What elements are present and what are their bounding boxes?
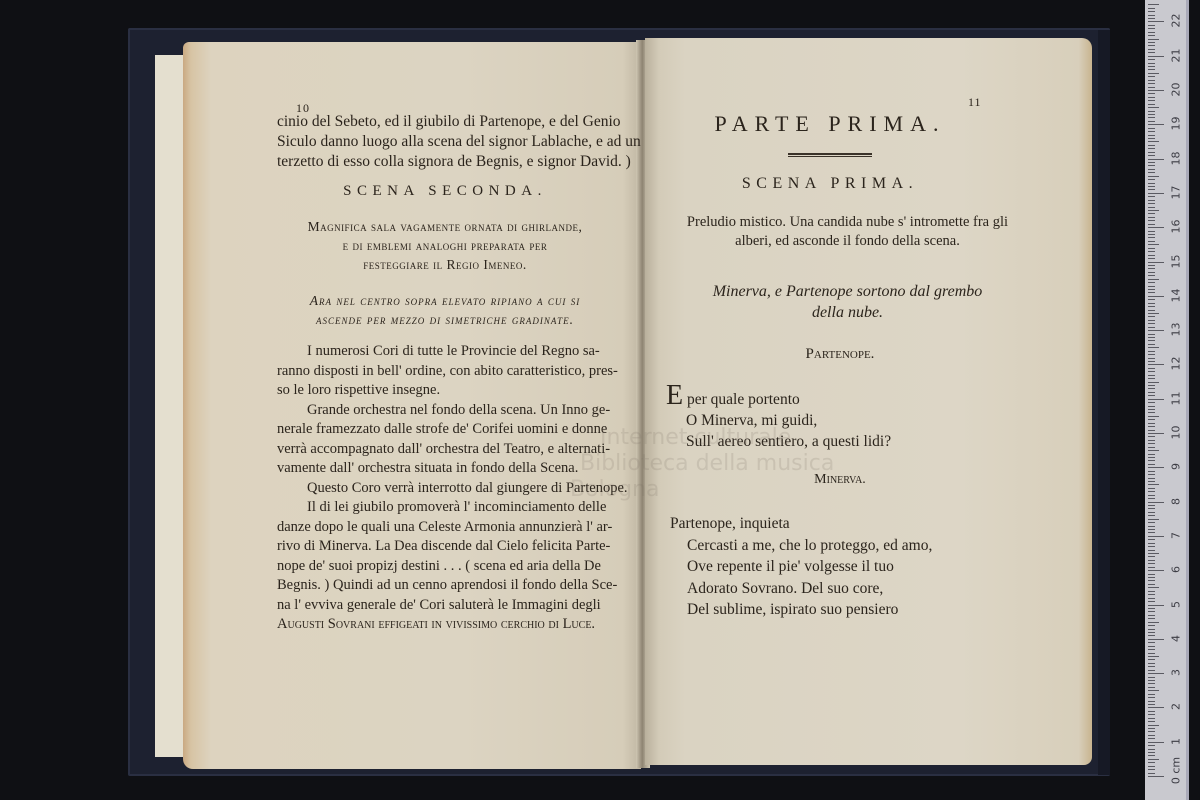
ruler-tick	[1148, 306, 1155, 307]
ruler-number: 21	[1170, 44, 1183, 66]
ruler-number: 5	[1170, 593, 1183, 615]
ruler-tick	[1148, 591, 1155, 592]
ruler-number: 17	[1170, 181, 1183, 203]
ruler-tick	[1148, 388, 1155, 389]
ruler-tick	[1148, 8, 1155, 9]
watermark-line: Biblioteca della musica	[560, 451, 780, 477]
ruler-tick	[1148, 320, 1155, 321]
ruler-tick	[1148, 193, 1164, 194]
ruler-tick	[1148, 454, 1155, 455]
ruler-tick	[1148, 210, 1159, 211]
ruler-tick	[1148, 244, 1159, 245]
ruler-tick	[1148, 282, 1155, 283]
stage-direction-line: Ara nel centro sopra elevato ripiano a c…	[272, 291, 618, 310]
body-line: danze dopo le quali una Celeste Armonia …	[277, 518, 613, 538]
ruler-tick	[1148, 430, 1155, 431]
ruler-tick	[1148, 97, 1155, 98]
ruler-tick	[1148, 742, 1164, 743]
ruler-tick	[1148, 100, 1155, 101]
ruler-tick	[1148, 289, 1155, 290]
ruler-tick	[1148, 755, 1155, 756]
entrance-direction: Minerva, e Partenope sortono dal grembo …	[670, 281, 1025, 323]
verse-line: Ove repente il pie' volgesse il tuo	[670, 556, 932, 578]
right-scene-title: SCENA PRIMA.	[680, 174, 980, 194]
ruler-tick	[1148, 611, 1155, 612]
body-line: ranno disposti in bell' ordine, con abit…	[277, 362, 613, 382]
ruler-tick	[1148, 364, 1164, 365]
ruler-number: 9	[1170, 456, 1183, 478]
ruler-tick	[1148, 694, 1155, 695]
ruler-number: 4	[1170, 627, 1183, 649]
watermark-line: Internet culturale	[560, 425, 780, 451]
verse-minerva: Partenope, inquieta Cercasti a me, che l…	[670, 513, 932, 621]
ruler-tick	[1148, 443, 1155, 444]
ruler-tick	[1148, 406, 1155, 407]
ruler-tick	[1148, 83, 1155, 84]
ruler-number: 16	[1170, 216, 1183, 238]
body-line: I numerosi Cori di tutte le Provincie de…	[277, 342, 613, 362]
ruler-tick	[1148, 646, 1155, 647]
ruler-tick	[1148, 93, 1155, 94]
ruler-tick	[1148, 725, 1159, 726]
ruler-tick	[1148, 392, 1155, 393]
ruler-tick	[1148, 186, 1155, 187]
ruler-tick	[1148, 474, 1155, 475]
ruler-tick	[1148, 90, 1164, 91]
ruler-tick	[1148, 543, 1155, 544]
ruler-tick	[1148, 213, 1155, 214]
ruler-tick	[1148, 673, 1164, 674]
ruler-tick	[1148, 745, 1155, 746]
ruler-tick	[1148, 683, 1155, 684]
ruler-tick	[1148, 200, 1155, 201]
ruler-tick	[1148, 176, 1159, 177]
ruler-tick	[1148, 629, 1155, 630]
ruler-tick	[1148, 677, 1155, 678]
body-line: rivo di Minerva. La Dea discende dal Cie…	[277, 537, 613, 557]
ruler-tick	[1148, 622, 1159, 623]
ruler-tick	[1148, 556, 1155, 557]
ruler-tick	[1148, 56, 1164, 57]
ruler-tick	[1148, 340, 1155, 341]
ruler-tick	[1148, 536, 1164, 537]
ruler-tick	[1148, 598, 1155, 599]
watermark-line: Bologna	[560, 477, 780, 503]
ruler-tick	[1148, 135, 1155, 136]
left-setting: Magnifica sala vagamente ornata di ghirl…	[272, 217, 618, 274]
ruler-tick	[1148, 337, 1155, 338]
ruler-number: 20	[1170, 79, 1183, 101]
ruler-tick	[1148, 632, 1155, 633]
ruler-tick	[1148, 69, 1155, 70]
ruler-tick	[1148, 155, 1155, 156]
ruler-tick	[1148, 759, 1159, 760]
ruler-tick	[1148, 546, 1155, 547]
ruler-tick	[1148, 447, 1155, 448]
ruler-tick	[1148, 344, 1155, 345]
watermark: Internet culturale Biblioteca della musi…	[560, 425, 780, 503]
ruler-tick	[1148, 189, 1155, 190]
ruler-tick	[1148, 690, 1159, 691]
ruler-number: 3	[1170, 662, 1183, 684]
ruler-tick	[1148, 196, 1155, 197]
ruler-tick	[1148, 268, 1155, 269]
ruler-tick	[1148, 735, 1155, 736]
ruler-tick	[1148, 207, 1155, 208]
ruler-tick	[1148, 165, 1155, 166]
ruler-tick	[1148, 21, 1164, 22]
ruler-number: 11	[1170, 387, 1183, 409]
ruler-tick	[1148, 378, 1155, 379]
left-scene-title: SCENA SECONDA.	[277, 181, 613, 201]
ruler-tick	[1148, 639, 1164, 640]
ruler-tick	[1148, 128, 1155, 129]
ruler-tick	[1148, 35, 1155, 36]
ruler-tick	[1148, 656, 1159, 657]
ruler-tick	[1148, 515, 1155, 516]
ruler-tick	[1148, 220, 1155, 221]
ruler-tick	[1148, 519, 1159, 520]
intro-line: cinio del Sebeto, ed il giubilo di Parte…	[277, 112, 613, 132]
ruler-tick	[1148, 419, 1155, 420]
ruler-tick	[1148, 117, 1155, 118]
ruler-tick	[1148, 375, 1155, 376]
ruler-tick	[1148, 114, 1155, 115]
ruler-tick	[1148, 334, 1155, 335]
ruler-tick	[1148, 584, 1155, 585]
ruler-tick	[1148, 659, 1155, 660]
ruler-tick	[1148, 721, 1155, 722]
ruler-tick	[1148, 395, 1155, 396]
ruler-number: 10	[1170, 422, 1183, 444]
ruler-tick	[1148, 45, 1155, 46]
ruler-tick	[1148, 776, 1164, 777]
ruler-tick	[1148, 231, 1155, 232]
ruler-tick	[1148, 701, 1155, 702]
ruler-tick	[1148, 687, 1155, 688]
ruler-tick	[1148, 76, 1155, 77]
ruler-tick	[1148, 279, 1159, 280]
ruler-tick	[1148, 382, 1159, 383]
ruler-tick	[1148, 399, 1164, 400]
ruler-tick	[1148, 508, 1155, 509]
ruler-tick	[1148, 141, 1159, 142]
ruler-tick	[1148, 63, 1155, 64]
left-intro: cinio del Sebeto, ed il giubilo di Parte…	[277, 112, 613, 172]
ruler-unit-label: 0 cm	[1170, 756, 1183, 786]
ruler-tick	[1148, 316, 1155, 317]
ruler-tick	[1148, 471, 1155, 472]
ruler-tick	[1148, 601, 1155, 602]
ruler-tick	[1148, 275, 1155, 276]
ruler-tick	[1148, 73, 1159, 74]
ruler-tick	[1148, 131, 1155, 132]
prelude: Preludio mistico. Una candida nube s' in…	[670, 213, 1025, 251]
ruler-tick	[1148, 286, 1155, 287]
ruler-number: 2	[1170, 696, 1183, 718]
ruler-tick	[1148, 580, 1155, 581]
ruler-tick	[1148, 412, 1155, 413]
ruler-tick	[1148, 148, 1155, 149]
ruler-tick	[1148, 272, 1155, 273]
verse-line: Partenope, inquieta	[670, 513, 932, 535]
prelude-line: alberi, ed asconde il fondo della scena.	[670, 232, 1025, 251]
ruler-tick	[1148, 42, 1155, 43]
ruler-tick	[1148, 371, 1155, 372]
ruler-tick	[1148, 680, 1155, 681]
ruler-tick	[1148, 505, 1155, 506]
ruler-number: 19	[1170, 113, 1183, 135]
ruler-tick	[1148, 532, 1155, 533]
ruler-tick	[1148, 162, 1155, 163]
setting-line: e di emblemi analoghi preparata per	[272, 236, 618, 255]
ruler-tick	[1148, 262, 1164, 263]
ruler-tick	[1148, 587, 1159, 588]
ruler-tick	[1148, 152, 1155, 153]
ruler-tick	[1148, 248, 1155, 249]
ruler-tick	[1148, 711, 1155, 712]
ruler-tick	[1148, 11, 1155, 12]
ruler-tick	[1148, 618, 1155, 619]
dropcap: E	[666, 380, 683, 411]
ruler-number: 7	[1170, 524, 1183, 546]
board-edge	[1098, 30, 1110, 775]
ruler-number: 12	[1170, 353, 1183, 375]
ruler-tick	[1148, 368, 1155, 369]
ruler-tick	[1148, 351, 1155, 352]
ruler-tick	[1148, 39, 1159, 40]
ruler-tick	[1148, 313, 1159, 314]
body-line: Augusti Sovrani effigeati in vivissimo c…	[277, 615, 613, 635]
ruler-tick	[1148, 145, 1155, 146]
right-page-number: 11	[968, 92, 982, 112]
ruler-tick	[1148, 433, 1164, 434]
ruler-tick	[1148, 522, 1155, 523]
ruler-tick	[1148, 15, 1155, 16]
body-line: na l' evviva generale de' Cori saluterà …	[277, 596, 613, 616]
ruler-tick	[1148, 385, 1155, 386]
ruler-tick	[1148, 570, 1164, 571]
ruler-tick	[1148, 560, 1155, 561]
ruler-tick	[1148, 769, 1155, 770]
ruler-tick	[1148, 265, 1155, 266]
ruler-tick	[1148, 608, 1155, 609]
ruler-tick	[1148, 138, 1155, 139]
ruler-tick	[1148, 731, 1155, 732]
setting-line: Magnifica sala vagamente ornata di ghirl…	[272, 217, 618, 236]
ruler-tick	[1148, 773, 1155, 774]
ruler-tick	[1148, 323, 1155, 324]
ruler-tick	[1148, 52, 1155, 53]
ruler-tick	[1148, 478, 1155, 479]
ruler-tick	[1148, 553, 1159, 554]
left-stage-direction: Ara nel centro sopra elevato ripiano a c…	[272, 291, 618, 329]
ruler-tick	[1148, 224, 1155, 225]
ruler-tick	[1148, 491, 1155, 492]
ruler-tick	[1148, 234, 1155, 235]
ruler-tick	[1148, 237, 1155, 238]
ruler-tick	[1148, 402, 1155, 403]
ruler-tick	[1148, 303, 1155, 304]
intro-line: Siculo danno luogo alla scena del signor…	[277, 132, 613, 152]
ruler-tick	[1148, 526, 1155, 527]
ruler-tick	[1148, 670, 1155, 671]
ruler-tick	[1148, 426, 1155, 427]
ruler-tick	[1148, 169, 1155, 170]
ruler-tick	[1148, 310, 1155, 311]
ruler-number: 15	[1170, 250, 1183, 272]
ruler-tick	[1148, 728, 1155, 729]
ruler-number: 13	[1170, 319, 1183, 341]
ruler-tick	[1148, 104, 1155, 105]
ruler-tick	[1148, 464, 1155, 465]
ruler-tick	[1148, 361, 1155, 362]
title-rule	[788, 153, 872, 157]
ruler-tick	[1148, 18, 1155, 19]
ruler-tick	[1148, 666, 1155, 667]
ruler-tick	[1148, 574, 1155, 575]
ruler-tick	[1148, 625, 1155, 626]
ruler-number: 22	[1170, 10, 1183, 32]
ruler-tick	[1148, 258, 1155, 259]
ruler-tick	[1148, 25, 1155, 26]
ruler-tick	[1148, 347, 1159, 348]
ruler-tick	[1148, 529, 1155, 530]
ruler-tick	[1148, 484, 1159, 485]
ruler-tick	[1148, 4, 1159, 5]
ruler-tick	[1148, 59, 1155, 60]
ruler-number: 1	[1170, 730, 1183, 752]
ruler-tick	[1148, 457, 1155, 458]
ruler-tick	[1148, 87, 1155, 88]
ruler-tick	[1148, 227, 1164, 228]
ruler-tick	[1148, 704, 1155, 705]
ruler-tick	[1148, 172, 1155, 173]
ruler-tick	[1148, 488, 1155, 489]
ruler-tick	[1148, 179, 1155, 180]
ruler-tick	[1148, 498, 1155, 499]
ruler-tick	[1148, 752, 1155, 753]
ruler-tick	[1148, 217, 1155, 218]
ruler-tick	[1148, 183, 1155, 184]
ruler-tick	[1148, 296, 1164, 297]
ruler-tick	[1148, 330, 1164, 331]
ruler-tick	[1148, 605, 1164, 606]
body-line: Grande orchestra nel fondo della scena. …	[277, 401, 613, 421]
prelude-line: Preludio mistico. Una candida nube s' in…	[670, 213, 1025, 232]
ruler-tick	[1148, 714, 1155, 715]
ruler-tick	[1148, 327, 1155, 328]
ruler-tick	[1148, 460, 1155, 461]
ruler-tick	[1148, 642, 1155, 643]
ruler-tick	[1148, 354, 1155, 355]
body-line: so le loro rispettive insegne.	[277, 381, 613, 401]
ruler-tick	[1148, 539, 1155, 540]
ruler-tick	[1148, 292, 1155, 293]
entrance-line: della nube.	[670, 302, 1025, 323]
ruler-tick	[1148, 718, 1155, 719]
ruler-number: 8	[1170, 490, 1183, 512]
ruler-tick	[1148, 423, 1155, 424]
ruler-tick	[1148, 124, 1164, 125]
ruler-tick	[1148, 32, 1155, 33]
ruler-tick	[1148, 502, 1164, 503]
ruler-tick	[1148, 738, 1155, 739]
speaker-partenope: Partenope.	[670, 344, 1010, 364]
ruler-tick	[1148, 450, 1159, 451]
ruler-tick	[1148, 409, 1155, 410]
ruler-tick	[1148, 107, 1159, 108]
ruler-tick	[1148, 594, 1155, 595]
ruler-tick	[1148, 762, 1155, 763]
ruler-tick	[1148, 749, 1155, 750]
ruler-tick	[1148, 663, 1155, 664]
ruler-tick	[1148, 358, 1155, 359]
ruler-tick	[1148, 299, 1155, 300]
ruler-tick	[1148, 416, 1159, 417]
verse-line: Del sublime, ispirato suo pensiero	[670, 599, 932, 621]
ruler-tick	[1148, 255, 1155, 256]
part-title: PARTE PRIMA.	[680, 110, 980, 138]
setting-line: festeggiare il Regio Imeneo.	[272, 255, 618, 274]
ruler-tick	[1148, 440, 1155, 441]
ruler-number: 6	[1170, 559, 1183, 581]
body-line: nope de' suoi propizj destini . . . ( sc…	[277, 557, 613, 577]
ruler-tick	[1148, 251, 1155, 252]
ruler-tick	[1148, 80, 1155, 81]
stage-direction-line: ascende per mezzo di simetriche gradinat…	[272, 310, 618, 329]
verse-line: Cercasti a me, che lo proteggo, ed amo,	[670, 535, 932, 557]
ruler-tick	[1148, 111, 1155, 112]
ruler-tick	[1148, 563, 1155, 564]
ruler-tick	[1148, 512, 1155, 513]
ruler-tick	[1148, 66, 1155, 67]
verse-line: Adorato Sovrano. Del suo core,	[670, 578, 932, 600]
ruler-tick	[1148, 436, 1155, 437]
ruler-tick	[1148, 635, 1155, 636]
ruler-tick	[1148, 766, 1155, 767]
ruler-tick	[1148, 121, 1155, 122]
ruler-tick	[1148, 707, 1164, 708]
ruler-tick	[1148, 697, 1155, 698]
ruler-tick	[1148, 49, 1155, 50]
verse-line: per quale portento	[687, 391, 800, 408]
ruler-tick	[1148, 577, 1155, 578]
intro-line: terzetto di esso colla signora de Begnis…	[277, 152, 613, 172]
ruler-number: 18	[1170, 147, 1183, 169]
ruler-tick	[1148, 567, 1155, 568]
measurement-ruler: 222120191817161514131211109876543210 cm	[1145, 0, 1189, 800]
ruler-tick	[1148, 203, 1155, 204]
ruler-tick	[1148, 481, 1155, 482]
ruler-number: 14	[1170, 284, 1183, 306]
body-line: Begnis. ) Quindi ad un cenno aprendosi i…	[277, 576, 613, 596]
ruler-tick	[1148, 159, 1164, 160]
ruler-tick	[1148, 653, 1155, 654]
ruler-tick	[1148, 550, 1155, 551]
entrance-line: Minerva, e Partenope sortono dal grembo	[670, 281, 1025, 302]
ruler-tick	[1148, 649, 1155, 650]
ruler-tick	[1148, 467, 1164, 468]
ruler-tick	[1148, 28, 1155, 29]
ruler-tick	[1148, 495, 1155, 496]
ruler-tick	[1148, 241, 1155, 242]
ruler-tick	[1148, 615, 1155, 616]
